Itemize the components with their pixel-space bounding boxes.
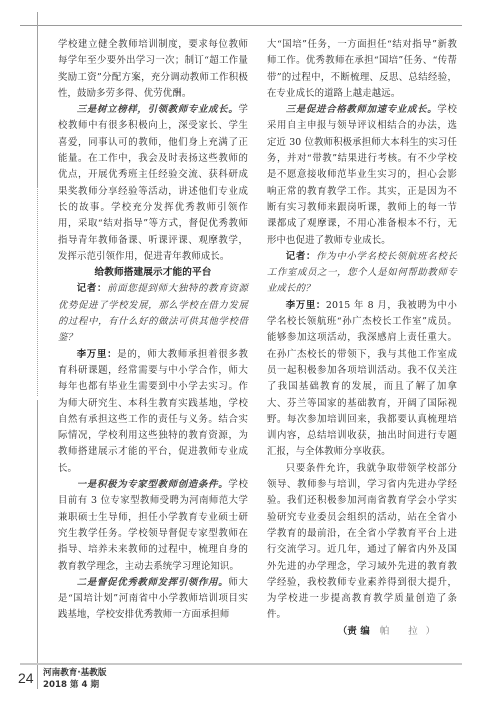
right-column: 大“国培”任务，一方面担任“结对指导”新教师工作。优秀教师在承担“国培”任务、“… xyxy=(267,37,457,640)
speaker-label: 李万里： xyxy=(77,349,117,360)
paragraph: 大“国培”任务，一方面担任“结对指导”新教师工作。优秀教师在承担“国培”任务、“… xyxy=(267,37,457,102)
section-lead: 三是促进合格教师加速专业成长。 xyxy=(286,104,438,115)
footer-divider xyxy=(37,665,38,689)
margin-line-lower xyxy=(37,400,38,668)
paragraph: 三是树立榜样，引领教师专业成长。学校教师中有很多积极向上，深受家长、学生喜爱，同… xyxy=(58,102,248,265)
left-column: 学校建立健全教师培训制度，要求每位教师每学年至少要外出学习一次；制订“超工作量奖… xyxy=(58,37,248,624)
interview-question: 记者：前面您提到师大独特的教育资源优势促进了学校发展，那么学校在借力发展的过程中… xyxy=(58,281,248,346)
interview-answer: 李万里：2015 年 8 月，我被聘为中小学名校长领航班“孙广杰校长工作室”成员… xyxy=(267,298,457,461)
top-rule xyxy=(20,25,462,26)
interview-answer: 李万里：是的，师大教师承担着很多教育科研课题，经常需要与中小学合作，师大每年也都… xyxy=(58,347,248,477)
margin-line xyxy=(37,12,38,186)
interview-question: 记者：作为中小学名校长领航班名校长工作室成员之一，您个人是如何帮助教师专业成长的… xyxy=(267,249,457,298)
section-lead: 三是树立榜样，引领教师专业成长。 xyxy=(77,104,239,115)
speaker-label: 李万里： xyxy=(286,300,326,311)
margin-dotted-line xyxy=(37,186,38,396)
editor-credit: （责 编帕 拉） xyxy=(267,624,457,640)
journal-info: 河南教育·基教版 2018 第 4 期 xyxy=(43,667,106,691)
speaker-label: 记者： xyxy=(77,283,107,294)
paragraph: 二是督促优秀教师发挥引领作用。师大是“国培计划”河南省中小学教师培训项目实践基地… xyxy=(58,575,248,624)
paragraph: 三是促进合格教师加速专业成长。学校采用自主申报与领导评议相结合的办法，选定近 3… xyxy=(267,102,457,249)
journal-title: 河南教育·基教版 xyxy=(43,667,106,679)
paragraph: 学校建立健全教师培训制度，要求每位教师每学年至少要外出学习一次；制订“超工作量奖… xyxy=(58,37,248,102)
journal-issue: 2018 第 4 期 xyxy=(43,679,106,691)
bottom-rule xyxy=(20,663,462,665)
paragraph: 一是积极为专家型教师创造条件。学校目前有 3 位专家型教师受聘为河南师范大学兼职… xyxy=(58,477,248,575)
section-heading: 给教师搭建展示才能的平台 xyxy=(58,265,248,281)
section-lead: 二是督促优秀教师发挥引领作用。 xyxy=(77,577,229,588)
section-lead: 一是积极为专家型教师创造条件。 xyxy=(77,479,229,490)
page-number: 24 xyxy=(18,670,34,686)
paragraph: 只要条件允许，我就争取带领学校部分领导、教师参与培训，学习省内先进办学经验。我们… xyxy=(267,461,457,624)
speaker-label: 记者： xyxy=(286,251,316,262)
